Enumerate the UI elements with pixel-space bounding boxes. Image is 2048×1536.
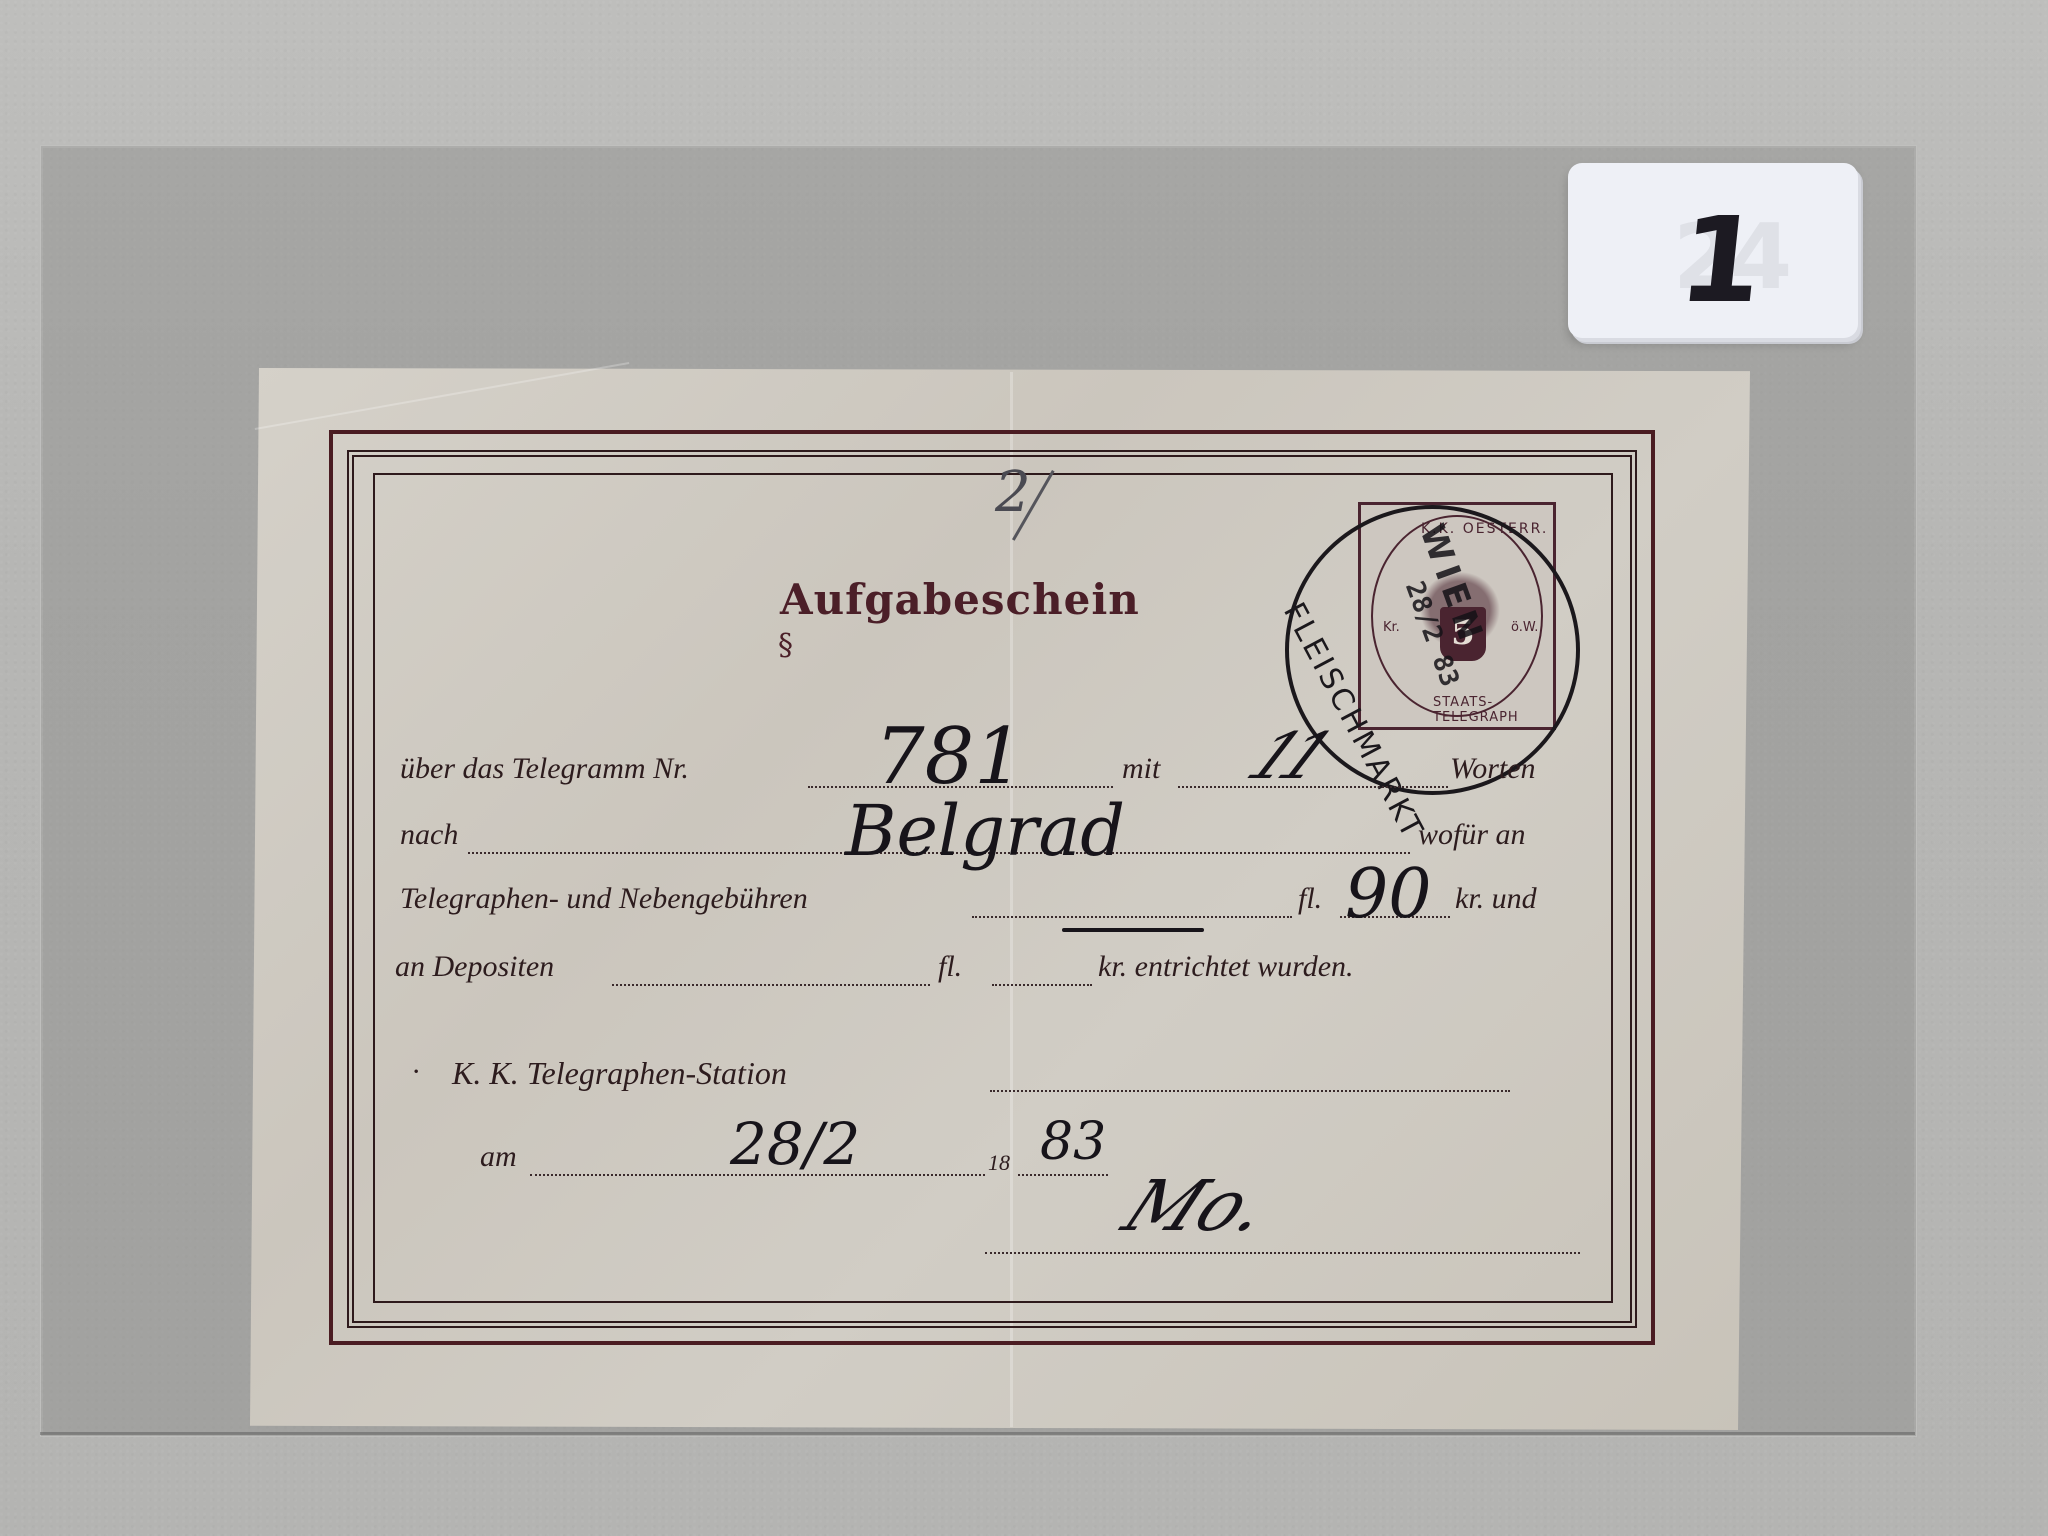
deposits-kr-label: kr. entrichtet wurden. [1098, 950, 1354, 984]
label-card: 24 1 [1568, 163, 1858, 338]
date-am-label: am [480, 1140, 517, 1174]
label-card-number: 1 [1673, 191, 1770, 329]
deposits-kr-field[interactable] [992, 984, 1092, 986]
document-title: Aufgabeschein [780, 575, 1120, 624]
telegram-number-value: 781 [875, 712, 1024, 802]
deposits-fl-label: fl. [938, 950, 962, 984]
words-count-field[interactable] [1178, 786, 1448, 788]
destination-suffix-label: wofür an [1418, 818, 1526, 852]
fees-fl-dash [1062, 928, 1204, 932]
date-year-field[interactable] [1018, 1174, 1108, 1176]
destination-label: nach [400, 818, 458, 852]
title-flourish-icon: § [778, 628, 793, 663]
plastic-sleeve-edge [40, 1432, 1915, 1435]
date-year-prefix: 18 [988, 1150, 1010, 1176]
postmark-cancel: FLEISCHMARKT WIEN 28/2 83 [1285, 505, 1580, 795]
station-label: K. K. Telegraphen-Station [452, 1055, 787, 1092]
telegram-number-label: über das Telegramm Nr. [400, 752, 689, 786]
words-mit-label: mit [1122, 752, 1160, 786]
words-label: Worten [1450, 752, 1536, 786]
destination-value: Belgrad [845, 790, 1125, 872]
station-field[interactable] [990, 1090, 1510, 1092]
deposits-label: an Depositen [395, 950, 554, 984]
date-year-value: 83 [1040, 1112, 1106, 1172]
fees-fl-field[interactable] [972, 916, 1292, 918]
date-day-value: 28/2 [730, 1110, 860, 1178]
fees-fl-label: fl. [1298, 882, 1322, 916]
fees-kr-label: kr. und [1455, 882, 1537, 916]
deposits-fl-field[interactable] [612, 984, 930, 986]
station-bullet: · [412, 1055, 420, 1089]
fees-label: Telegraphen- und Nebengebühren [400, 882, 808, 916]
fees-kr-value: 90 [1345, 855, 1432, 934]
signature-field[interactable] [985, 1252, 1580, 1254]
